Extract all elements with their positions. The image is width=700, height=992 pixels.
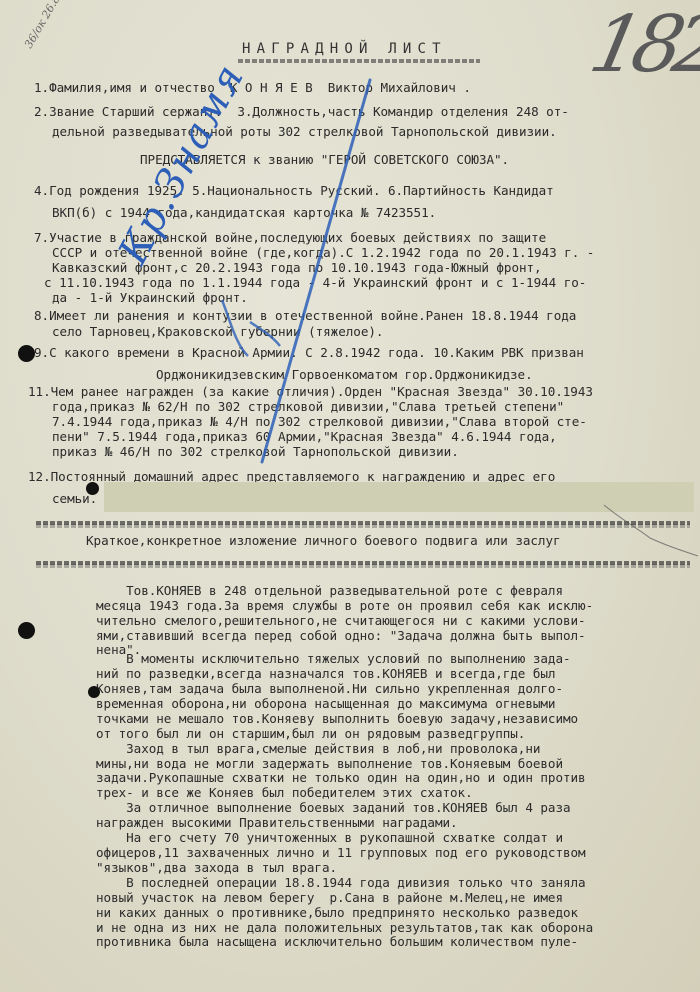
- citation-line: В моменты исключительно тяжелых условий …: [96, 651, 571, 667]
- field-11-line-5: приказ № 46/Н по 302 стрелковой Тарнопол…: [52, 444, 459, 460]
- section-heading: Краткое,конкретное изложение личного бое…: [86, 533, 561, 549]
- field-2-3-rank-position: 2.Звание Старший сержант. 3.Должность,ча…: [34, 104, 569, 120]
- binder-hole: [88, 686, 100, 698]
- section-rule-top-2: [36, 524, 690, 528]
- field-11-line-4: пени" 7.5.1944 года,приказ 60 Армии,"Кра…: [52, 429, 557, 445]
- binder-hole: [86, 482, 99, 495]
- binder-hole: [18, 345, 35, 362]
- citation-line: точками не мешало тов.Коняеву выполнить …: [96, 711, 578, 727]
- citation-line: За отличное выполнение боевых заданий то…: [96, 800, 571, 816]
- field-7-line-3: Кавказский фронт,с 20.2.1943 года по 10.…: [52, 260, 542, 276]
- citation-line: На его счету 70 уничтоженных в рукопашно…: [96, 830, 563, 846]
- field-7-line-5: да - 1-й Украинский фронт.: [52, 290, 248, 306]
- field-10-continued: Орджоникидзевским Горвоенкоматом гор.Орд…: [156, 367, 533, 383]
- section-rule-bottom-2: [36, 564, 690, 568]
- citation-line: трех- и все же Коняев был победителем эт…: [96, 785, 473, 801]
- field-11-line-2: года,приказ № 62/Н по 302 стрелковой див…: [52, 399, 564, 415]
- redacted-address-block: [104, 482, 694, 512]
- citation-line: задачи.Рукопашные схватки не только один…: [96, 770, 586, 786]
- field-1-name: 1.Фамилия,имя и отчество К О Н Я Е В Вик…: [34, 80, 471, 96]
- document-title: НАГРАДНОЙ ЛИСТ: [242, 41, 447, 57]
- citation-line: награжден высокими Правительственными на…: [96, 815, 458, 831]
- binder-hole: [18, 622, 35, 639]
- field-8-line-2: село Тарновец,Краковской губернии (тяжел…: [52, 324, 383, 340]
- award-sheet-page: 36/ок 26.8 лм 182 НАГРАДНОЙ ЛИСТ 1.Фамил…: [0, 0, 700, 992]
- citation-line: "языков",два захода в тыл врага.: [96, 860, 337, 876]
- citation-line: противника была насыщена исключительно б…: [96, 934, 578, 950]
- citation-line: ний по разведки,всегда назначался тов.КО…: [96, 666, 555, 682]
- handwritten-page-number: 182: [582, 0, 700, 90]
- citation-line: Тов.КОНЯЕВ в 248 отдельной разведыватель…: [96, 583, 563, 599]
- citation-line: ни каких данных о противнике,было предпр…: [96, 905, 578, 921]
- corner-archive-note: 36/ок 26.8 лм: [22, 0, 73, 51]
- citation-line: чительно смелого,решительного,не считающ…: [96, 613, 586, 629]
- field-11-line-3: 7.4.1944 года,приказ № 4/Н по 302 стрелк…: [52, 414, 587, 430]
- field-8-wounds: 8.Имеет ли ранения и контузии в отечеств…: [34, 308, 576, 324]
- field-6-continued: ВКП(б) с 1944 года,кандидатская карточка…: [52, 205, 436, 221]
- field-7-service-history: 7.Участие в гражданской войне,последующи…: [34, 230, 546, 246]
- citation-line: ями,ставивший всегда перед собой одно: "…: [96, 628, 586, 644]
- field-4-6-birth-nationality-party: 4.Год рождения 1925. 5.Национальность Ру…: [34, 183, 554, 199]
- citation-line: месяца 1943 года.За время службы в роте …: [96, 598, 593, 614]
- citation-line: В последней операции 18.8.1944 года диви…: [96, 875, 586, 891]
- citation-line: новый участок на левом берегу р.Сана в р…: [96, 890, 563, 906]
- citation-line: Заход в тыл врага,смелые действия в лоб,…: [96, 741, 540, 757]
- field-7-line-4: с 11.10.1943 года по 1.1.1944 года - 4-й…: [44, 275, 586, 291]
- citation-line: офицеров,11 захваченных лично и 11 групп…: [96, 845, 586, 861]
- citation-line: временная оборона,ни оборона насыщенная …: [96, 696, 555, 712]
- field-11-previous-awards: 11.Чем ранее награжден (за какие отличия…: [28, 384, 593, 400]
- citation-line: от того был ли он старшим,был ли он рядо…: [96, 726, 525, 742]
- field-3-continued: дельной разведывательной роты 302 стрелк…: [52, 124, 557, 140]
- title-underline: [238, 59, 480, 63]
- citation-line: Коняев,там задача была выполненой.Ни сил…: [96, 681, 563, 697]
- field-9-10-service-start-draft: 9.С какого времени в Красной Армии. С 2.…: [34, 345, 584, 361]
